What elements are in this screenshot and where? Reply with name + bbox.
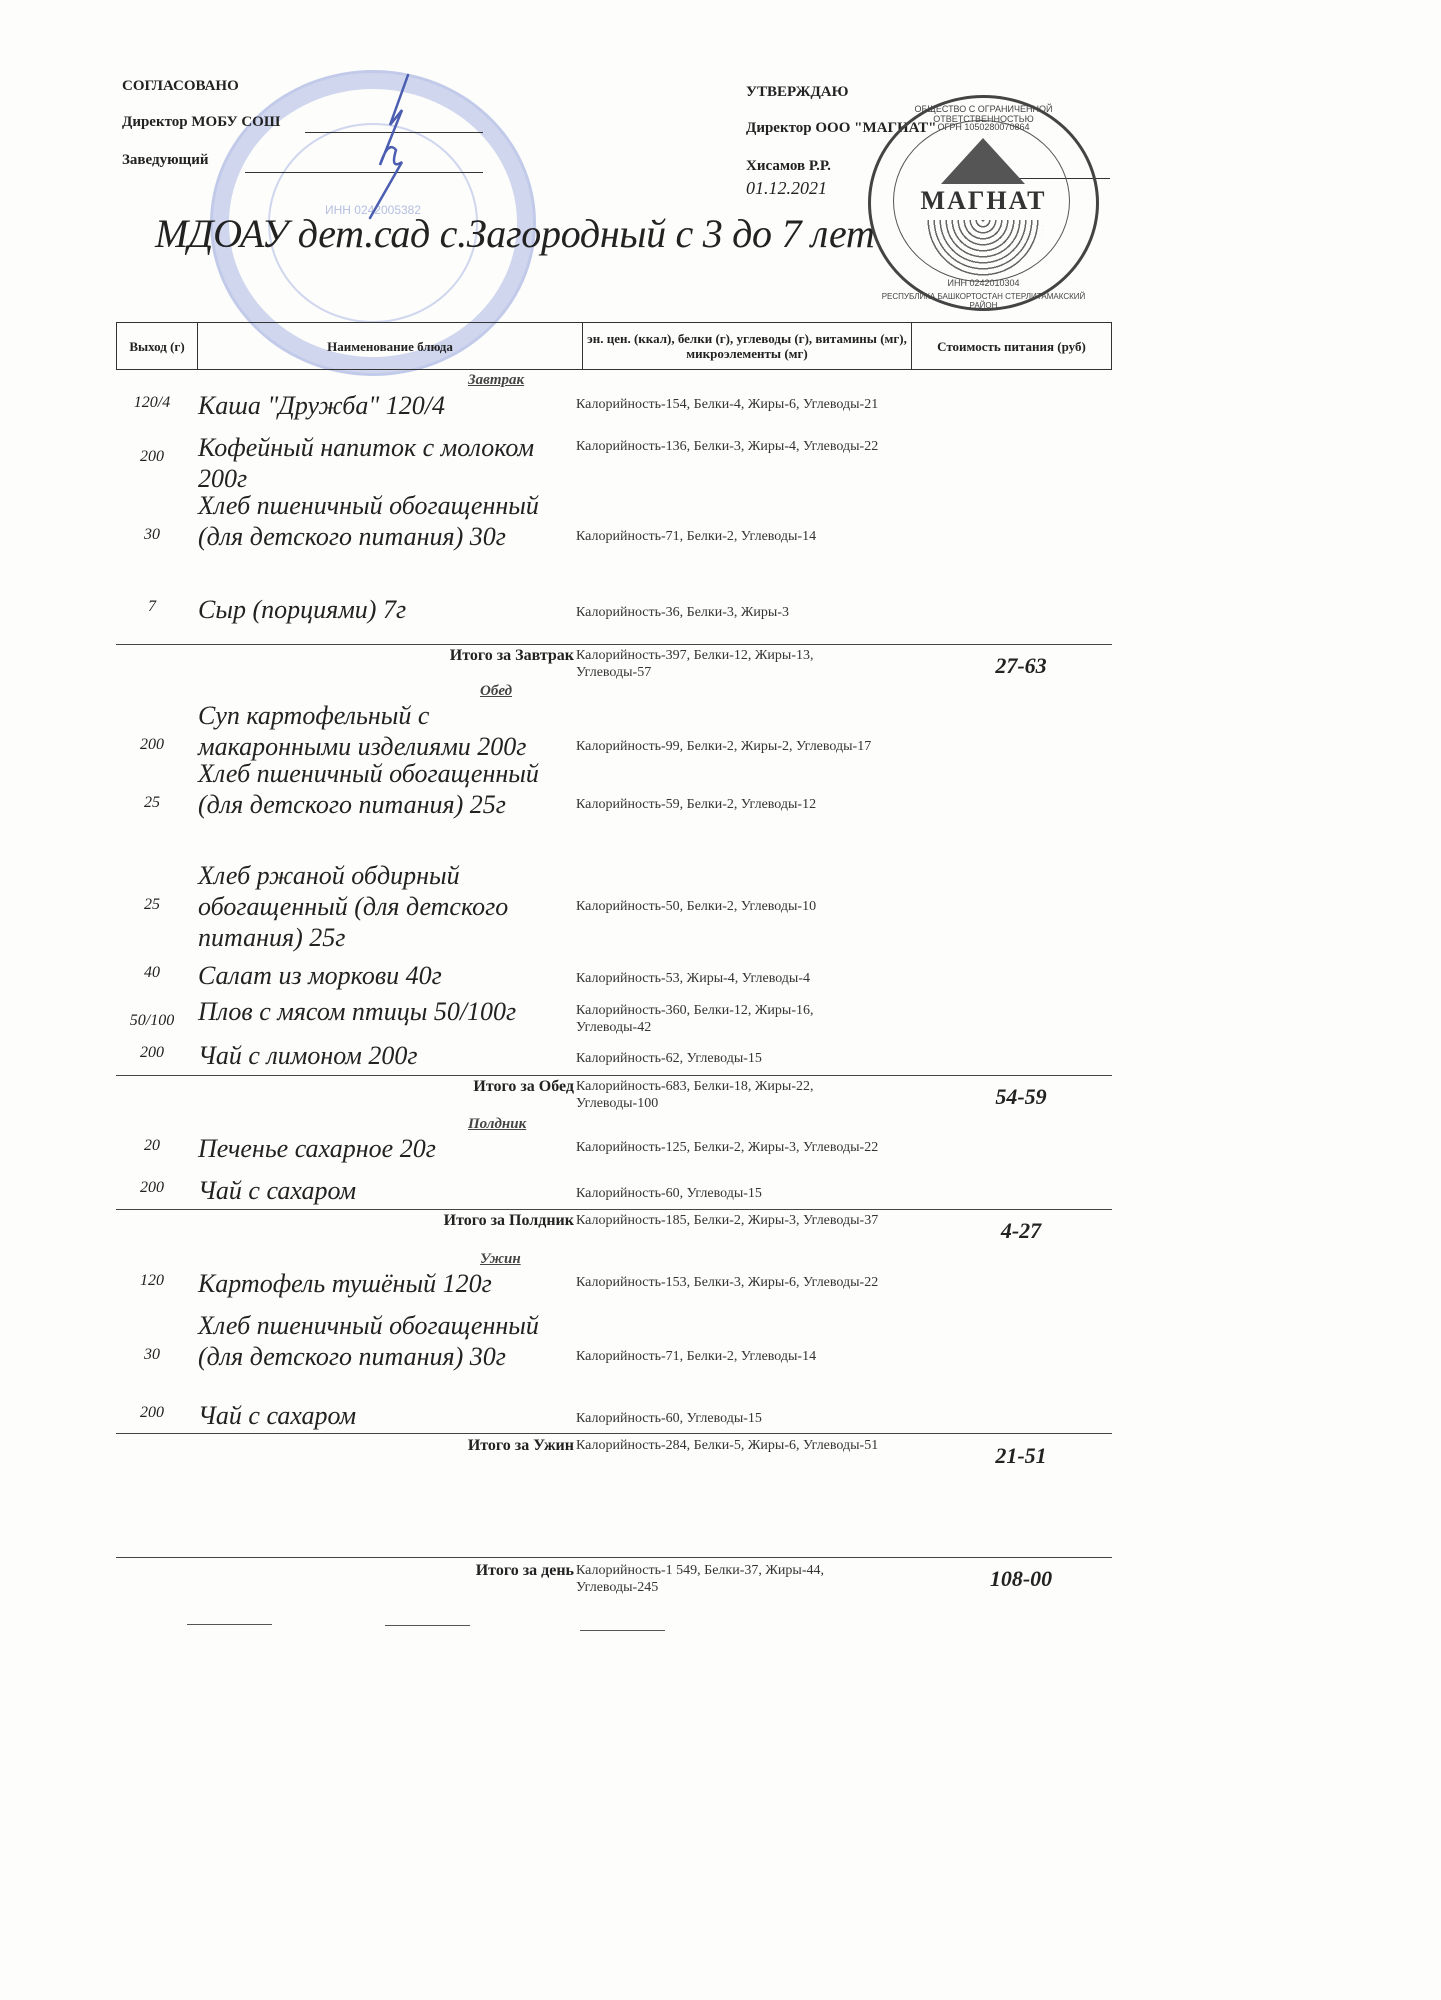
item-nutrition: Калорийность-154, Белки-4, Жиры-6, Углев… xyxy=(576,396,886,413)
item-yield: 200 xyxy=(116,1179,188,1197)
item-dish-name: Хлеб ржаной обдирный обогащенный (для де… xyxy=(198,860,568,953)
item-dish-name: Хлеб пшеничный обогащенный (для детского… xyxy=(198,490,568,552)
item-dish-name: Чай с сахаром xyxy=(198,1175,568,1206)
day-total-cost: 108-00 xyxy=(946,1566,1096,1592)
item-dish-name: Хлеб пшеничный обогащенный (для детского… xyxy=(198,758,568,820)
item-dish-name: Сыр (порциями) 7г xyxy=(198,594,568,625)
item-yield: 200 xyxy=(116,448,188,466)
item-dish-name: Картофель тушёный 120г xyxy=(198,1268,568,1299)
item-nutrition: Калорийность-50, Белки-2, Углеводы-10 xyxy=(576,898,886,915)
item-yield: 120/4 xyxy=(116,394,188,412)
section-divider xyxy=(116,1209,1112,1210)
item-yield: 30 xyxy=(116,1346,188,1364)
item-nutrition: Калорийность-60, Углеводы-15 xyxy=(576,1410,886,1427)
item-yield: 40 xyxy=(116,964,188,982)
section-cost: 54-59 xyxy=(946,1084,1096,1110)
company-stamp-inn: ИНН 0242010304 xyxy=(871,278,1096,288)
item-yield: 200 xyxy=(116,1044,188,1062)
col-cost-header: Стоимость питания (руб) xyxy=(912,323,1112,370)
day-total-label: Итого за день xyxy=(476,1562,574,1580)
section-cost: 27-63 xyxy=(946,653,1096,679)
item-dish-name: Плов с мясом птицы 50/100г xyxy=(198,996,568,1027)
section-divider xyxy=(116,1433,1112,1434)
item-nutrition: Калорийность-125, Белки-2, Жиры-3, Углев… xyxy=(576,1139,886,1156)
item-nutrition: Калорийность-136, Белки-3, Жиры-4, Углев… xyxy=(576,438,886,455)
item-yield: 200 xyxy=(116,1404,188,1422)
section-heading: Полдник xyxy=(468,1116,526,1133)
item-dish-name: Каша "Дружба" 120/4 xyxy=(198,390,568,421)
item-nutrition: Калорийность-71, Белки-2, Углеводы-14 xyxy=(576,528,886,545)
document-title: МДОАУ дет.сад с.Загородный с 3 до 7 лет xyxy=(155,210,875,257)
section-divider xyxy=(116,1075,1112,1076)
section-cost: 4-27 xyxy=(946,1218,1096,1244)
item-dish-name: Чай с лимоном 200г xyxy=(198,1040,568,1071)
section-total-label: Итого за Полдник xyxy=(444,1212,574,1230)
section-cost: 21-51 xyxy=(946,1443,1096,1469)
item-nutrition: Калорийность-62, Углеводы-15 xyxy=(576,1050,886,1067)
item-yield: 200 xyxy=(116,736,188,754)
item-nutrition: Калорийность-99, Белки-2, Жиры-2, Углево… xyxy=(576,738,886,755)
item-yield: 120 xyxy=(116,1272,188,1290)
section-total-nutrition: Калорийность-397, Белки-12, Жиры-13, Угл… xyxy=(576,647,886,681)
section-total-nutrition: Калорийность-185, Белки-2, Жиры-3, Углев… xyxy=(576,1212,886,1229)
item-nutrition: Калорийность-53, Жиры-4, Углеводы-4 xyxy=(576,970,886,987)
mountain-logo-icon xyxy=(941,138,1025,184)
item-yield: 20 xyxy=(116,1137,188,1155)
section-total-label: Итого за Завтрак xyxy=(450,647,574,665)
col-dish-header: Наименование блюда xyxy=(198,323,583,370)
section-heading: Завтрак xyxy=(468,372,524,389)
item-nutrition: Калорийность-360, Белки-12, Жиры-16, Угл… xyxy=(576,1002,886,1036)
approved-date: 01.12.2021 xyxy=(746,178,827,199)
agreed-heading: СОГЛАСОВАНО xyxy=(122,78,239,95)
company-stamp-logo: МАГНАТ xyxy=(871,186,1096,216)
handwritten-signature xyxy=(350,70,430,220)
section-total-nutrition: Калорийность-284, Белки-5, Жиры-6, Углев… xyxy=(576,1437,886,1454)
company-stamp-ogrn: ОГРН 1050280070864 xyxy=(871,122,1096,132)
section-divider xyxy=(116,644,1112,645)
item-yield: 50/100 xyxy=(116,1012,188,1030)
section-heading: Ужин xyxy=(480,1251,521,1268)
section-total-label: Итого за Обед xyxy=(473,1078,574,1096)
item-dish-name: Чай с сахаром xyxy=(198,1400,568,1431)
item-dish-name: Печенье сахарное 20г xyxy=(198,1133,568,1164)
footer-signature-line-1 xyxy=(187,1624,272,1625)
section-total-label: Итого за Ужин xyxy=(468,1437,574,1455)
item-dish-name: Салат из моркови 40г xyxy=(198,960,568,991)
section-total-nutrition: Калорийность-683, Белки-18, Жиры-22, Угл… xyxy=(576,1078,886,1112)
company-stamp-ring-top: ОБЩЕСТВО С ОГРАНИЧЕННОЙ ОТВЕТСТВЕННОСТЬЮ xyxy=(871,104,1096,124)
item-yield: 30 xyxy=(116,526,188,544)
item-nutrition: Калорийность-71, Белки-2, Углеводы-14 xyxy=(576,1348,886,1365)
footer-signature-line-2 xyxy=(385,1625,470,1626)
approved-heading: УТВЕРЖДАЮ xyxy=(746,84,849,101)
item-nutrition: Калорийность-59, Белки-2, Углеводы-12 xyxy=(576,796,886,813)
approved-name: Хисамов Р.Р. xyxy=(746,158,831,175)
section-heading: Обед xyxy=(480,683,512,700)
item-dish-name: Хлеб пшеничный обогащенный (для детского… xyxy=(198,1310,568,1372)
item-yield: 25 xyxy=(116,896,188,914)
day-total-nutrition: Калорийность-1 549, Белки-37, Жиры-44, У… xyxy=(576,1562,886,1596)
item-yield: 25 xyxy=(116,794,188,812)
item-yield: 7 xyxy=(116,598,188,616)
menu-table-header: Выход (г) Наименование блюда эн. цен. (к… xyxy=(116,322,1112,370)
footer-signature-line-3 xyxy=(580,1630,665,1631)
agreed-director-label: Директор МОБУ СОШ xyxy=(122,114,280,131)
item-dish-name: Кофейный напиток с молоком 200г xyxy=(198,432,568,494)
col-nutrition-header: эн. цен. (ккал), белки (г), углеводы (г)… xyxy=(583,323,912,370)
item-nutrition: Калорийность-36, Белки-3, Жиры-3 xyxy=(576,604,886,621)
item-dish-name: Суп картофельный с макаронными изделиями… xyxy=(198,700,568,762)
agreed-head-label: Заведующий xyxy=(122,152,208,169)
item-nutrition: Калорийность-60, Углеводы-15 xyxy=(576,1185,886,1202)
col-yield-header: Выход (г) xyxy=(117,323,198,370)
item-nutrition: Калорийность-153, Белки-3, Жиры-6, Углев… xyxy=(576,1274,886,1291)
day-total-divider xyxy=(116,1557,1112,1558)
company-stamp-ring-bottom: РЕСПУБЛИКА БАШКОРТОСТАН СТЕРЛИТАМАКСКИЙ … xyxy=(871,292,1096,310)
company-stamp: МАГНАТ ОБЩЕСТВО С ОГРАНИЧЕННОЙ ОТВЕТСТВЕ… xyxy=(868,95,1099,311)
